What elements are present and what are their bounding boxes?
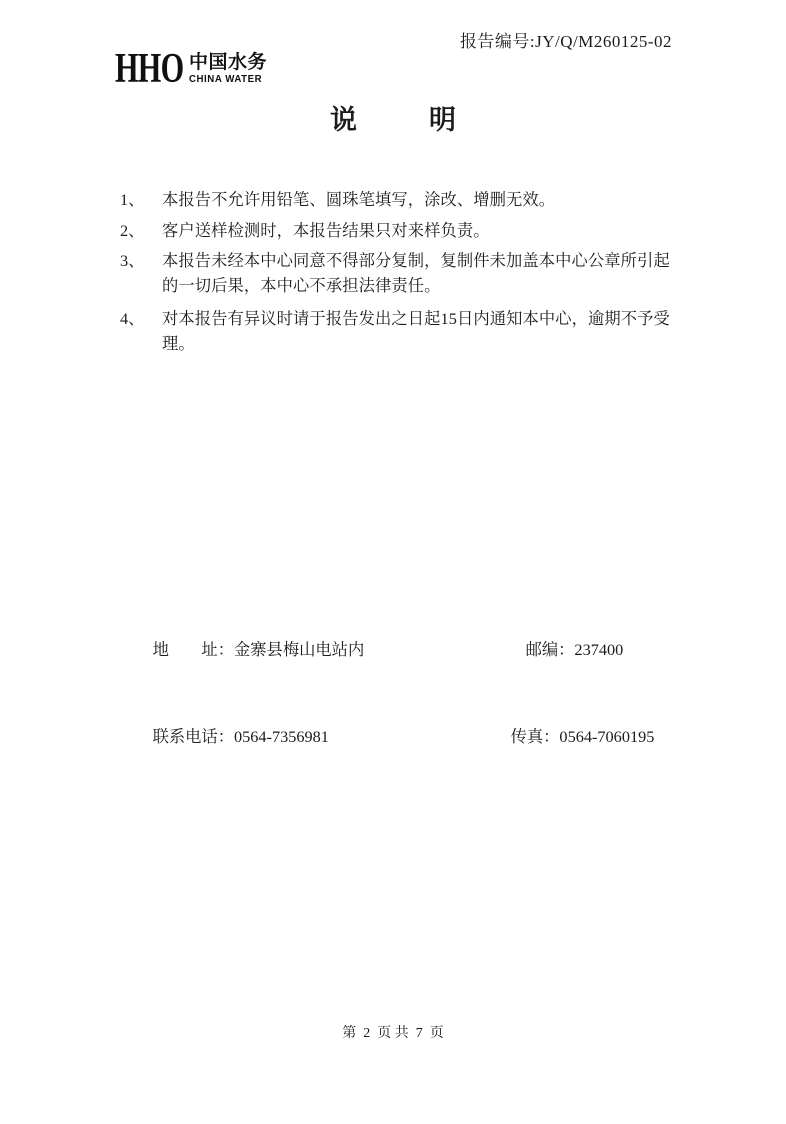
note-number: 4、 [120,307,162,356]
note-text: 客户送样检测时，本报告结果只对来样负责。 [162,219,682,244]
phone-value: 0564-7356981 [234,727,329,746]
notes-list: 1、 本报告不允许用铅笔、圆珠笔填写，涂改、增删无效。 2、 客户送样检测时，本… [120,188,686,362]
logo-names: 中国水务 CHINA WATER [189,53,269,85]
phone-label: 联系电话： [153,727,234,746]
company-logo: HHO 中国水务 CHINA WATER [115,48,269,90]
page-number-footer: 第 2 页 共 7 页 [0,1022,786,1042]
phone-line: 联系电话：0564-7356981 [120,707,478,767]
contact-row-address: 地 址：金寨县梅山电站内 邮编：237400 [120,620,680,680]
note-item-1: 1、 本报告不允许用铅笔、圆珠笔填写，涂改、增删无效。 [120,188,686,213]
note-item-4: 4、 对本报告有异议时请于报告发出之日起15日内通知本中心，逾期不予受理。 [120,307,686,356]
contact-row-phone: 联系电话：0564-7356981 传真：0564-7060195 [120,707,680,767]
contact-block: 地 址：金寨县梅山电站内 邮编：237400 联系电话：0564-7356981… [120,620,680,794]
fax-line: 传真：0564-7060195 [478,707,654,767]
report-number: 报告编号:JY/Q/M260125-02 [460,27,672,52]
postcode-line: 邮编：237400 [478,620,623,680]
address-line: 地 址：金寨县梅山电站内 [120,620,478,680]
note-text: 对本报告有异议时请于报告发出之日起15日内通知本中心，逾期不予受理。 [162,307,682,356]
page-title-char-2: 明 [429,103,456,137]
note-text: 本报告不允许用铅笔、圆珠笔填写，涂改、增删无效。 [162,188,682,213]
logo-company-name-en: CHINA WATER [189,74,262,85]
postcode-label: 邮编： [526,640,575,659]
address-value: 金寨县梅山电站内 [234,640,364,659]
fax-value: 0564-7060195 [559,727,654,746]
address-label: 地 址： [153,640,234,659]
note-number: 3、 [120,249,162,298]
postcode-value: 237400 [574,640,623,659]
note-text: 本报告未经本中心同意不得部分复制，复制件未加盖本中心公章所引起的一切后果，本中心… [162,249,682,298]
logo-hho-icon: HHO [115,48,163,90]
page-title: 说 明 [0,103,786,137]
note-item-2: 2、 客户送样检测时，本报告结果只对来样负责。 [120,219,686,244]
page-title-char-1: 说 [330,103,357,137]
note-item-3: 3、 本报告未经本中心同意不得部分复制，复制件未加盖本中心公章所引起的一切后果，… [120,249,686,298]
logo-company-name-cn: 中国水务 [189,53,269,72]
fax-label: 传真： [511,727,560,746]
report-page: 报告编号:JY/Q/M260125-02 HHO 中国水务 CHINA WATE… [0,0,786,1124]
note-number: 1、 [120,188,162,213]
note-number: 2、 [120,219,162,244]
